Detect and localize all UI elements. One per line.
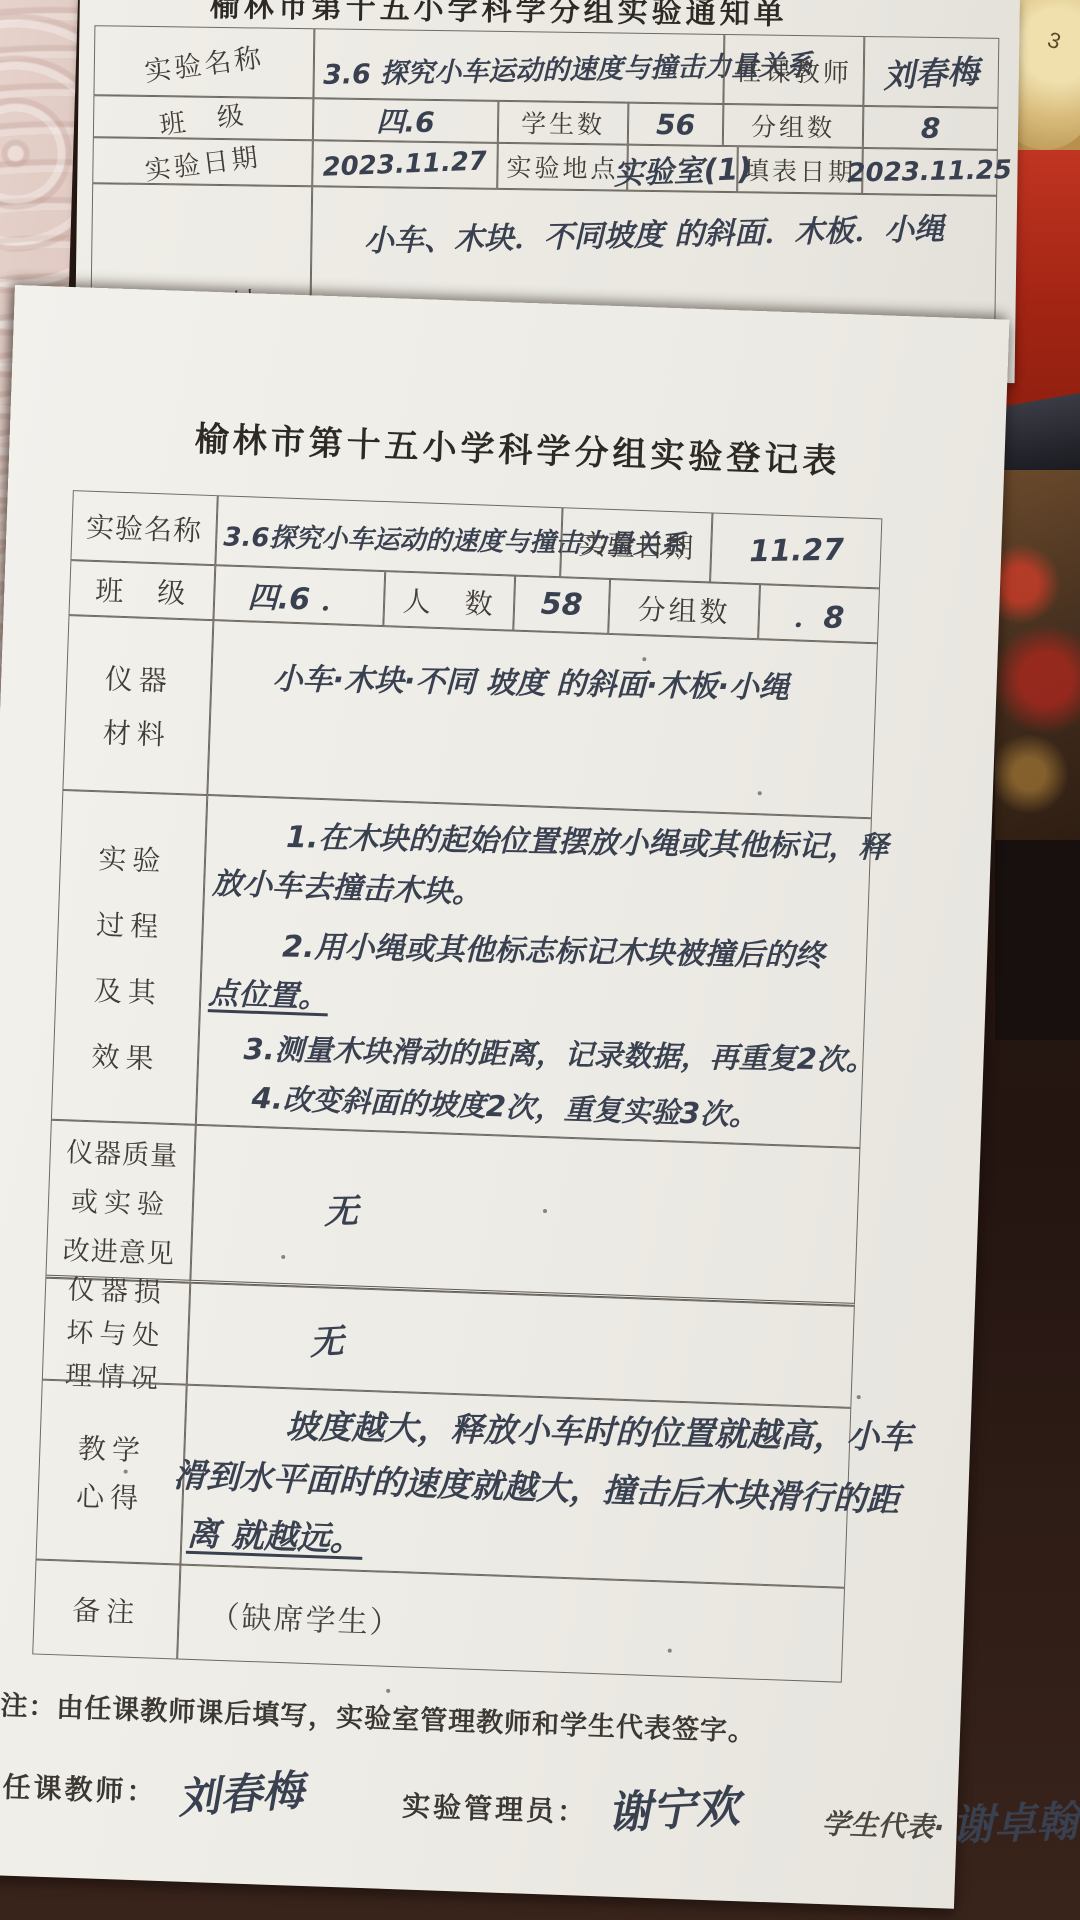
signature-student-value: 谢卓翰: [951, 1789, 1079, 1853]
register-damage-label-line1: 仪器损: [67, 1267, 167, 1309]
register-damage-value: 无: [308, 1313, 345, 1364]
notice-date-label: 实验日期: [143, 136, 263, 187]
register-remark-value: （缺席学生）: [209, 1591, 402, 1642]
register-process-label-line2: 过程: [96, 903, 165, 945]
register-class-value: 四.6 ．: [247, 572, 351, 620]
notice-groups-label: 分组数: [751, 107, 836, 144]
register-quality-label-line1: 仪器质量: [66, 1130, 179, 1173]
register-insight-label-line1: 教学: [77, 1427, 146, 1469]
register-materials-value: 小车·木块·不同 坡度 的斜面·木板·小绳: [272, 654, 789, 707]
register-process-label-line4: 效果: [91, 1035, 160, 1077]
signature-manager-label: 实验管理员：: [402, 1784, 589, 1830]
notice-fill-date-label: 填表日期: [744, 151, 857, 189]
photographed-document: { "background": { "desk_color": "#2a1a13…: [0, 0, 1080, 1920]
register-quality-label-line3: 改进意见: [62, 1228, 175, 1271]
register-damage-label-line2: 坏与处: [66, 1310, 166, 1352]
notice-experiment-name-label: 实验名称: [142, 35, 266, 89]
register-form-title: 榆林市第十五小学科学分组实验登记表: [194, 411, 841, 483]
signature-teacher-value: 刘春梅: [176, 1757, 306, 1826]
register-date-label: 实验日期: [578, 523, 695, 567]
signature-teacher-label: 任课教师：: [2, 1765, 158, 1810]
register-footnote: 注：由任课教师课后填写，实验室管理教师和学生代表签字。: [0, 1683, 757, 1748]
dark-shadow-area: [995, 840, 1080, 1040]
notice-location-label: 实验地点: [506, 148, 619, 186]
register-insight-label-line2: 心得: [76, 1475, 145, 1517]
register-form-sheet: 榆林市第十五小学科学分组实验登记表 实验名称 3.6探究小车运动的速度与撞击力量…: [0, 285, 1009, 1909]
notice-teacher-signature: 刘春梅: [882, 46, 980, 97]
register-process-line3: 2.用小绳或其他标志标记木块被撞后的终: [282, 921, 825, 974]
register-date-value: 11.27: [748, 532, 844, 569]
notice-students-label: 学生数: [521, 104, 606, 141]
register-groups-value: ．8: [793, 591, 845, 637]
register-quality-value: 无: [324, 1183, 359, 1233]
signature-manager-value: 谢宁欢: [606, 1770, 741, 1841]
notice-date-value: 2023.11.27: [322, 146, 488, 182]
notice-fill-date-value: 2023.11.25: [847, 155, 1012, 188]
register-experiment-name-label: 实验名称: [85, 506, 202, 550]
register-class-label: 班 级: [95, 569, 189, 612]
register-insight-line3: 离 就越远。: [186, 1508, 364, 1561]
register-groups-label: 分组数: [637, 587, 731, 630]
register-materials-label-line2: 材料: [102, 711, 171, 753]
snack-package: [995, 470, 1080, 850]
register-process-line4: 点位置。: [208, 968, 329, 1016]
register-process-line2: 放小车去撞击木块。: [212, 858, 483, 911]
signature-student-label: 学生代表·: [821, 1802, 945, 1846]
notice-location-value: 实验室(1): [613, 144, 753, 193]
register-process-label-line1: 实验: [98, 837, 167, 879]
notice-groups-value: 8: [921, 111, 941, 144]
register-count-label: 人 数: [402, 579, 496, 622]
notice-students-value: 56: [656, 108, 695, 142]
notice-teacher-label: 任课教师: [736, 51, 853, 90]
notice-class-value: 四.6: [376, 100, 435, 141]
notice-equipment-value: 小车、木块．不同坡度 的斜面．木板．小绳: [363, 204, 944, 260]
register-count-value: 58: [540, 587, 583, 623]
register-process-label-line3: 及其: [93, 969, 162, 1011]
register-quality-label-line2: 或实验: [70, 1179, 170, 1221]
register-materials-label-line1: 仪器: [104, 657, 173, 699]
register-remark-label: 备注: [72, 1588, 141, 1630]
notice-class-label: 班 级: [158, 94, 249, 142]
